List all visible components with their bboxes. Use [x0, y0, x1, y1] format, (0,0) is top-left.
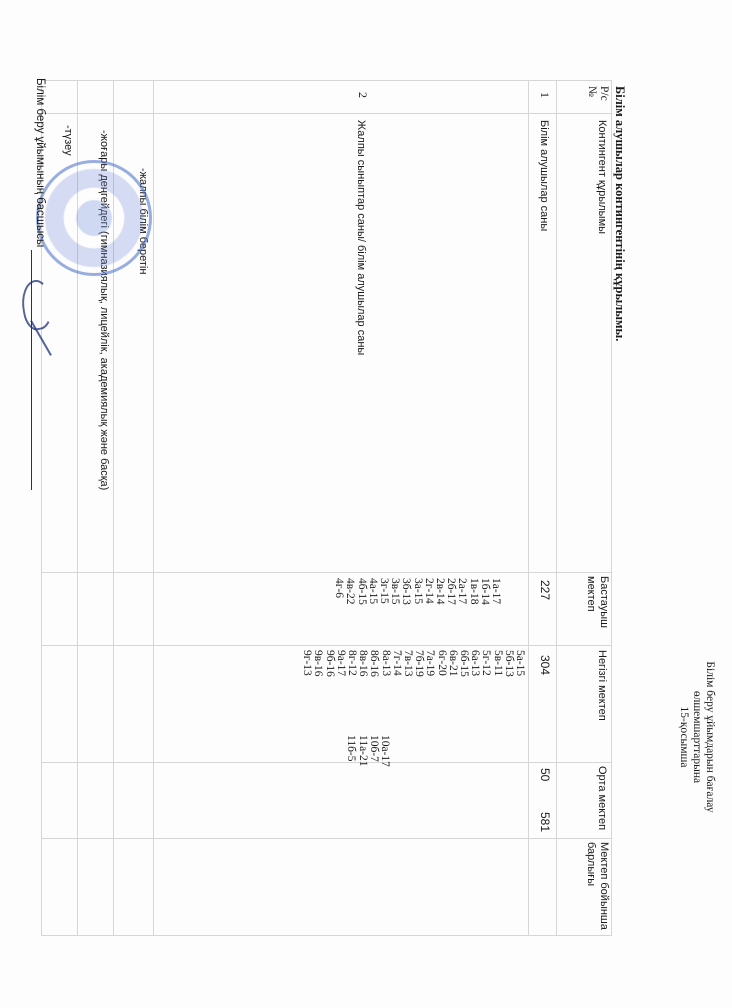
class-entry: 7а-19	[424, 650, 435, 677]
class-entry: 8г-12	[346, 650, 357, 677]
class-entry: 7г-14	[391, 650, 402, 677]
class-entry: 7в-13	[402, 650, 413, 677]
signature	[18, 278, 56, 332]
header-basic: Негізгі мектеп	[596, 650, 608, 721]
appendix-note-line1: Білім беру ұйымдарын бағалау	[703, 612, 716, 862]
row2-num: 2	[355, 92, 370, 98]
class-entry: 4г-6	[333, 578, 344, 605]
header-total-school: Мектеп бойынша барлығы	[584, 842, 610, 936]
class-entry: 10б-7	[368, 735, 379, 767]
class-entry: 3г-15	[378, 578, 389, 605]
class-entry: 9б-16	[323, 650, 334, 677]
class-entry: 8б-16	[368, 650, 379, 677]
class-entry: 9а-17	[335, 650, 346, 677]
header-num: Р/с №	[586, 86, 610, 106]
class-entry: 8а-13	[379, 650, 390, 677]
class-entry: 2а-17	[456, 578, 467, 605]
document-page: Білім беру ұйымдарын бағалау өлшемшартта…	[0, 0, 732, 1008]
class-entry: 3в-15	[389, 578, 400, 605]
class-entry: 5а-15	[514, 650, 525, 677]
class-entry: 6а-13	[469, 650, 480, 677]
page-title: Білім алушылар контингентінің құрылымы.	[612, 86, 627, 341]
class-entry: 9в-16	[312, 650, 323, 677]
class-entry: 7б-19	[413, 650, 424, 677]
class-entry: 5б-13	[503, 650, 514, 677]
class-entry: 11а-21	[356, 735, 367, 767]
class-entry: 1а-17	[490, 578, 501, 605]
class-entry: 3б-13	[400, 578, 411, 605]
class-entry: 9г-13	[301, 650, 312, 677]
row2-basic-classes: 5а-155б-135в-115г-126а-136б-156в-216г-20…	[301, 650, 525, 677]
row1-secondary: 50	[538, 768, 552, 781]
official-stamp	[36, 160, 152, 276]
appendix-note: Білім беру ұйымдарын бағалау өлшемшартта…	[677, 612, 716, 862]
header-structure: Контингент құрылымы	[596, 120, 608, 234]
appendix-note-line2: өлшемшарттарына	[690, 612, 703, 862]
class-entry: 6в-21	[447, 650, 458, 677]
signature-line	[31, 250, 32, 490]
class-entry: 4а-15	[367, 578, 378, 605]
header-primary: Бастауыш мектеп	[584, 576, 610, 642]
class-entry: 8в-16	[357, 650, 368, 677]
class-entry: 10а-17	[379, 735, 390, 767]
class-entry: 5г-12	[480, 650, 491, 677]
header-secondary: Орта мектеп	[596, 766, 608, 830]
row5-label: -түзеу	[62, 125, 74, 156]
appendix-note-line3: 15-қосымша	[677, 612, 690, 862]
class-entry: 1б-14	[479, 578, 490, 605]
class-entry: 5в-11	[491, 650, 502, 677]
class-entry: 3а-15	[411, 578, 422, 605]
row2-primary-classes: 1а-171б-141в-182а-172б-172в-142г-143а-15…	[333, 578, 501, 605]
class-entry: 4в-22	[344, 578, 355, 605]
row1-primary: 227	[538, 580, 552, 600]
class-entry: 2г-14	[423, 578, 434, 605]
class-entry: 4б-15	[355, 578, 366, 605]
row1-total: 581	[538, 812, 552, 832]
row2-secondary-classes: 10а-1710б-711а-2111б-5	[345, 735, 390, 767]
row1-label: Білім алушылар саны	[538, 120, 550, 231]
row1-basic: 304	[538, 655, 552, 675]
row2-label: Жалпы сыныптар саны/ білім алушылар саны	[355, 120, 367, 355]
row1-num: 1	[537, 92, 552, 98]
class-entry: 6б-15	[458, 650, 469, 677]
signatory-label: Білім беру ұйымының басшысы	[34, 78, 46, 247]
header-num-text: Р/с №	[586, 86, 610, 106]
class-entry: 6г-20	[435, 650, 446, 677]
class-entry: 11б-5	[345, 735, 356, 767]
class-entry: 1в-18	[467, 578, 478, 605]
class-entry: 2в-14	[434, 578, 445, 605]
class-entry: 2б-17	[445, 578, 456, 605]
